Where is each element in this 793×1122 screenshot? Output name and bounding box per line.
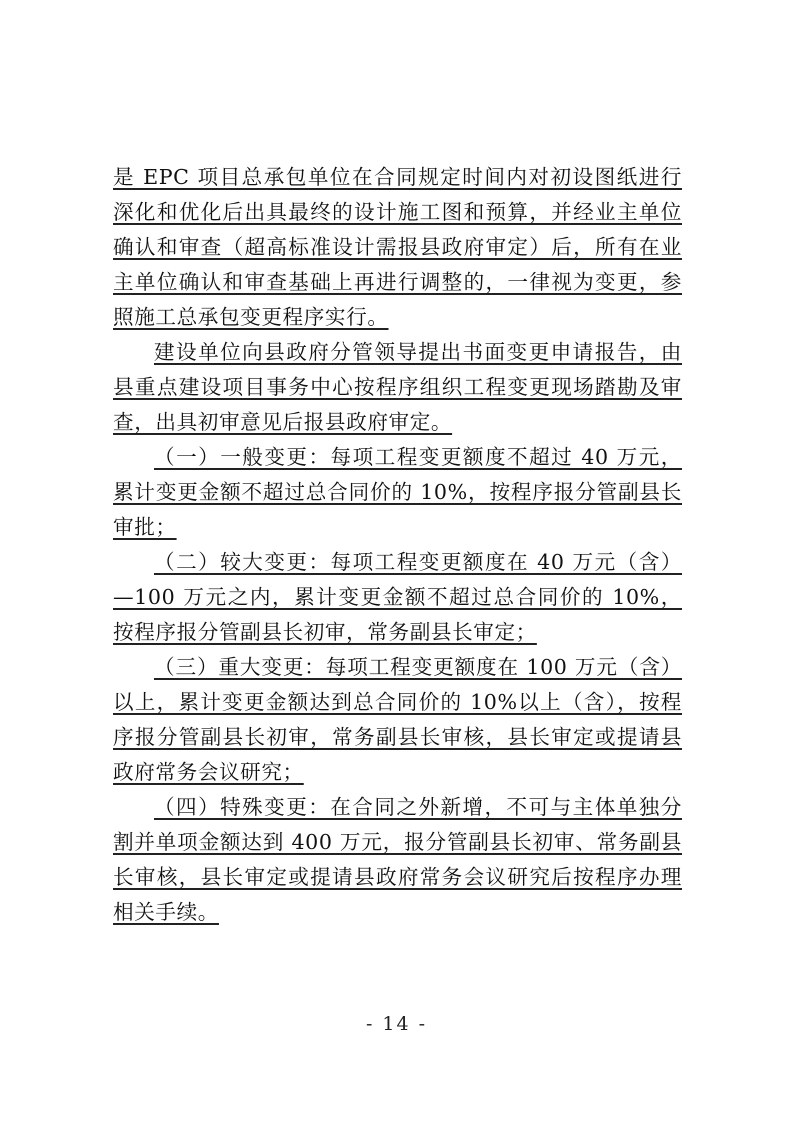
paragraph-text: （二）较大变更：每项工程变更额度在 40 万元（含）—100 万元之内，累计变更…: [113, 550, 682, 644]
paragraph-application-procedure: 建设单位向县政府分管领导提出书面变更申请报告，由县重点建设项目事务中心按程序组织…: [113, 335, 682, 440]
paragraph-special-change: （四）特殊变更：在合同之外新增，不可与主体单独分割并单项金额达到 400 万元，…: [113, 790, 682, 930]
document-body: 是 EPC 项目总承包单位在合同规定时间内对初设图纸进行深化和优化后出具最终的设…: [113, 160, 682, 930]
paragraph-significant-change: （三）重大变更：每项工程变更额度在 100 万元（含）以上，累计变更金额达到总合…: [113, 650, 682, 790]
paragraph-text: （三）重大变更：每项工程变更额度在 100 万元（含）以上，累计变更金额达到总合…: [113, 655, 682, 784]
paragraph-major-change: （二）较大变更：每项工程变更额度在 40 万元（含）—100 万元之内，累计变更…: [113, 545, 682, 650]
paragraph-epc-definition: 是 EPC 项目总承包单位在合同规定时间内对初设图纸进行深化和优化后出具最终的设…: [113, 160, 682, 335]
paragraph-text: （四）特殊变更：在合同之外新增，不可与主体单独分割并单项金额达到 400 万元，…: [113, 795, 682, 924]
page-number: - 14 -: [0, 1013, 793, 1035]
paragraph-text: （一）一般变更：每项工程变更额度不超过 40 万元，累计变更金额不超过总合同价的…: [113, 445, 682, 539]
paragraph-text: 是 EPC 项目总承包单位在合同规定时间内对初设图纸进行深化和优化后出具最终的设…: [113, 165, 682, 329]
paragraph-text: 建设单位向县政府分管领导提出书面变更申请报告，由县重点建设项目事务中心按程序组织…: [113, 340, 682, 434]
paragraph-general-change: （一）一般变更：每项工程变更额度不超过 40 万元，累计变更金额不超过总合同价的…: [113, 440, 682, 545]
